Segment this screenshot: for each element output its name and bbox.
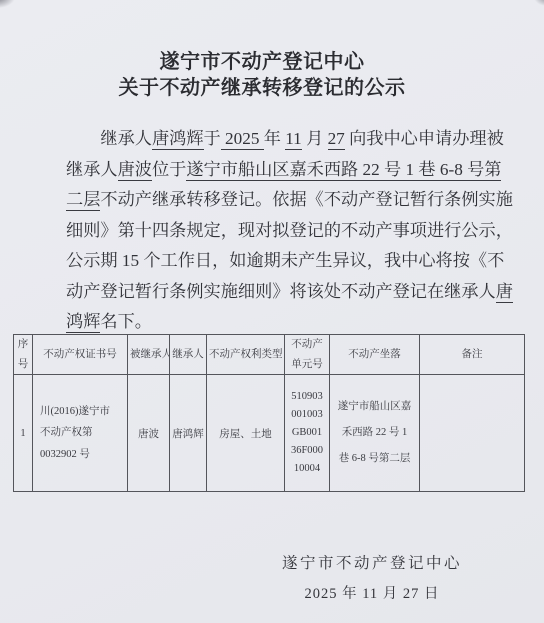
text-run: 名下。 bbox=[100, 312, 152, 331]
signature-block: 遂宁市不动产登记中心 2025 年 11 月 27 日 bbox=[272, 549, 472, 609]
underlined-text: 27 bbox=[328, 129, 345, 150]
cell-decedent: 唐波 bbox=[128, 375, 170, 492]
property-registration-table: 序号 不动产权证书号 被继承人 继承人 不动产权利类型 不动产单元号 不动产坐落… bbox=[13, 334, 525, 492]
cell-heir: 唐鸿辉 bbox=[170, 375, 207, 492]
notice-body-line: 公示期 15 个工作日，如逾期未产生异议，我中心将按《不 bbox=[66, 246, 520, 277]
notice-body-line: 二层不动产继承转移登记。依据《不动产登记暂行条例实施 bbox=[66, 185, 520, 216]
cell-seq: 1 bbox=[14, 375, 33, 492]
scan-artifact-top-right bbox=[534, 0, 544, 6]
text-run: 细则》第十四条规定，现对拟登记的不动产事项进行公示， bbox=[66, 221, 513, 240]
underlined-text: 鸿辉 bbox=[66, 312, 100, 333]
title-line-1: 遂宁市不动产登记中心 bbox=[0, 50, 524, 76]
text-run: 于 bbox=[204, 129, 221, 148]
col-header-cert-no: 不动产权证书号 bbox=[33, 335, 128, 375]
cell-location: 遂宁市船山区嘉禾西路 22 号 1 巷 6-8 号第二层 bbox=[330, 375, 420, 492]
text-run: 动产登记暂行条例实施细则》将该处不动产登记在继承人 bbox=[66, 282, 496, 301]
underlined-text: 遂宁市船山区嘉禾西路 22 号 1 巷 6-8 号第 bbox=[186, 160, 501, 181]
scan-artifact-top-left bbox=[0, 0, 15, 8]
document-title: 遂宁市不动产登记中心 关于不动产继承转移登记的公示 bbox=[0, 50, 524, 101]
notice-body-paragraph: 继承人唐鸿辉于 2025 年 11 月 27 向我中心申请办理被继承人唐波位于遂… bbox=[66, 124, 520, 338]
underlined-text: 2025 bbox=[221, 129, 264, 150]
signing-organization: 遂宁市不动产登记中心 bbox=[272, 549, 472, 579]
underlined-text: 唐 bbox=[496, 282, 513, 303]
text-run: 继承人 bbox=[100, 129, 152, 148]
col-header-unit-no: 不动产单元号 bbox=[285, 335, 330, 375]
col-header-heir: 继承人 bbox=[170, 335, 207, 375]
table-row: 1 川(2016)遂宁市不动产权第 0032902 号 唐波 唐鸿辉 房屋、土地… bbox=[14, 375, 525, 492]
cell-cert-no: 川(2016)遂宁市不动产权第 0032902 号 bbox=[33, 375, 128, 492]
text-run: 向我中心申请办理被 bbox=[345, 129, 504, 148]
notice-body-line: 继承人唐波位于遂宁市船山区嘉禾西路 22 号 1 巷 6-8 号第 bbox=[66, 155, 520, 186]
text-run: 继承人 bbox=[66, 160, 118, 179]
notice-body-line: 继承人唐鸿辉于 2025 年 11 月 27 向我中心申请办理被 bbox=[66, 124, 520, 155]
text-run: 年 bbox=[264, 129, 286, 148]
cell-right-type: 房屋、土地 bbox=[207, 375, 285, 492]
text-run: 公示期 15 个工作日，如逾期未产生异议，我中心将按《不 bbox=[66, 251, 504, 270]
notice-body-line: 细则》第十四条规定，现对拟登记的不动产事项进行公示， bbox=[66, 216, 520, 247]
text-run: 不动产继承转移登记。依据《不动产登记暂行条例实施 bbox=[100, 190, 513, 209]
col-header-seq: 序号 bbox=[14, 335, 33, 375]
cell-unit-no: 510903001003GB00136F00010004 bbox=[285, 375, 330, 492]
text-run: 月 bbox=[302, 129, 328, 148]
col-header-decedent: 被继承人 bbox=[128, 335, 170, 375]
underlined-text: 二层 bbox=[66, 190, 100, 211]
notice-body-line: 鸿辉名下。 bbox=[66, 307, 520, 338]
col-header-remark: 备注 bbox=[420, 335, 525, 375]
cell-remark bbox=[420, 375, 525, 492]
col-header-location: 不动产坐落 bbox=[330, 335, 420, 375]
notice-body-line: 动产登记暂行条例实施细则》将该处不动产登记在继承人唐 bbox=[66, 277, 520, 308]
scanned-notice-page: { "colors": { "paper": "#e9eaef", "ink":… bbox=[0, 0, 544, 623]
signing-date: 2025 年 11 月 27 日 bbox=[272, 579, 472, 609]
underlined-text: 唐鸿辉 bbox=[152, 129, 204, 150]
text-run: 位于 bbox=[152, 160, 186, 179]
table-header-row: 序号 不动产权证书号 被继承人 继承人 不动产权利类型 不动产单元号 不动产坐落… bbox=[14, 335, 525, 375]
title-line-2: 关于不动产继承转移登记的公示 bbox=[0, 76, 524, 102]
underlined-text: 11 bbox=[285, 129, 302, 150]
col-header-right-type: 不动产权利类型 bbox=[207, 335, 285, 375]
underlined-text: 唐波 bbox=[118, 160, 152, 181]
